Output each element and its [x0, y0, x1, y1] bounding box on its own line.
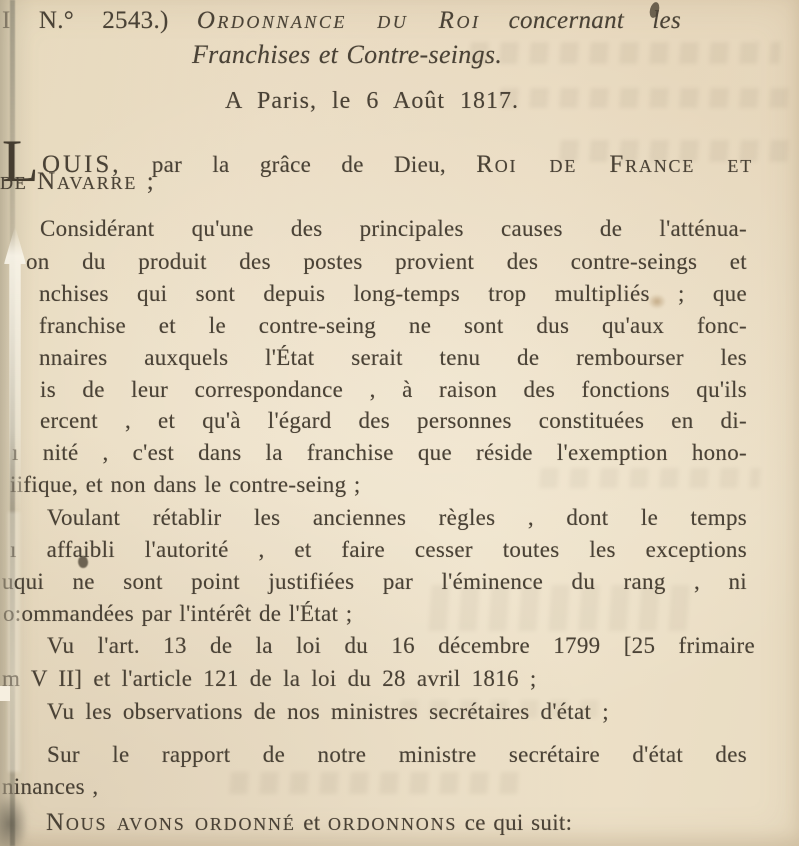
cutoff-letter-fragment: m — [2, 666, 20, 691]
text-segment: Voulant rétablir les anciennes règles , … — [47, 505, 747, 530]
text-segment: ercent , et qu'à l'égard des personnes c… — [40, 408, 747, 433]
text-line: m V II] et l'article 121 de la loi du 28… — [2, 664, 537, 694]
text-segment: Vu l'art. 13 de la loi du 16 décembre 17… — [47, 633, 755, 658]
text-segment: Vu les observations de nos ministres sec… — [47, 699, 609, 724]
text-segment: ordonnons — [328, 809, 457, 836]
text-segment: concernant les — [509, 7, 681, 34]
text-segment: Ordonnance du Roi — [197, 7, 481, 34]
text-line: iifique, et non dans le contre-seing ; — [10, 470, 361, 500]
text-line: Voulant rétablir les anciennes règles , … — [47, 503, 747, 533]
scanned-document-page: I N.° 2543.) Ordonnance du Roi concernan… — [0, 0, 799, 846]
text-segment: franchise et le contre-seing ne sont dus… — [39, 313, 747, 338]
text-segment: nnaires auxquels l'État serait tenu de r… — [39, 345, 747, 370]
cutoff-letter-fragment: o: — [3, 601, 22, 626]
text-segment: Franchises et Contre-seings. — [192, 40, 502, 69]
cutoff-letter-fragment: ı — [12, 440, 19, 465]
text-line: uqui ne sont point justifiées par l'émin… — [2, 567, 747, 597]
text-line: de Navarre ; — [0, 167, 155, 197]
cutoff-letter-fragment: n — [2, 774, 14, 799]
text-segment: affaibli l'autorité , et faire cesser to… — [47, 537, 747, 562]
text-segment: Considérant qu'une des principales cause… — [40, 216, 747, 241]
cutoff-letter-fragment: u — [2, 569, 14, 594]
cutoff-letter-fragment: ı — [10, 537, 17, 562]
text-segment: Sur le rapport de notre ministre secréta… — [47, 742, 747, 767]
text-segment: par la grâce de Dieu, — [152, 152, 446, 177]
text-segment: V II] et l'article 121 de la loi du 28 a… — [31, 666, 537, 691]
text-segment: nchises qui sont depuis long-temps trop … — [39, 281, 747, 306]
text-line: franchise et le contre-seing ne sont dus… — [39, 311, 747, 341]
cutoff-letter-fragment: I — [2, 7, 11, 34]
text-segment: Nous avons ordonné — [46, 809, 296, 836]
text-line: on du produit des postes provient des co… — [26, 247, 747, 277]
text-line: Vu l'art. 13 de la loi du 16 décembre 17… — [47, 631, 755, 661]
text-segment: et — [303, 810, 320, 835]
text-segment: ce qui suit: — [465, 810, 573, 835]
text-segment: is de leur correspondance , à raison des… — [40, 377, 747, 402]
text-segment: N.° 2543.) — [39, 7, 169, 34]
text-line: I N.° 2543.) Ordonnance du Roi concernan… — [2, 6, 681, 36]
text-line: A Paris, le 6 Août 1817. — [225, 86, 519, 116]
text-segment: ommandées par l'intérêt de l'État ; — [22, 601, 353, 626]
text-line: is de leur correspondance , à raison des… — [40, 375, 747, 405]
text-line: Sur le rapport de notre ministre secréta… — [47, 740, 747, 770]
text-line: ercent , et qu'à l'égard des personnes c… — [40, 406, 747, 436]
text-line: Considérant qu'une des principales cause… — [40, 214, 747, 244]
text-segment: Roi de France et — [476, 151, 753, 178]
document-text: I N.° 2543.) Ordonnance du Roi concernan… — [0, 0, 799, 846]
text-line: Nous avons ordonné et ordonnons ce qui s… — [46, 808, 572, 838]
text-line: ı affaibli l'autorité , et faire cesser … — [10, 535, 747, 565]
cutoff-letter-fragment: ii — [10, 472, 23, 497]
text-line: Franchises et Contre-seings. — [192, 40, 502, 70]
text-line: Vu les observations de nos ministres sec… — [47, 697, 609, 727]
text-line: ı nité , c'est dans la franchise que rés… — [12, 438, 747, 468]
text-segment: on du produit des postes provient des co… — [26, 249, 747, 274]
text-segment: de Navarre ; — [0, 168, 155, 195]
text-segment: nité , c'est dans la franchise que résid… — [43, 440, 747, 465]
text-segment: A Paris, le 6 Août 1817. — [225, 88, 519, 114]
text-segment: inances , — [14, 774, 99, 799]
text-line: nnaires auxquels l'État serait tenu de r… — [39, 343, 747, 373]
text-line: o:ommandées par l'intérêt de l'État ; — [3, 599, 352, 629]
text-segment: fique, et non dans le contre-seing ; — [23, 472, 360, 497]
text-line: ninances , — [2, 772, 98, 802]
text-segment: qui ne sont point justifiées par l'émine… — [14, 569, 747, 594]
text-line: nchises qui sont depuis long-temps trop … — [39, 279, 747, 309]
